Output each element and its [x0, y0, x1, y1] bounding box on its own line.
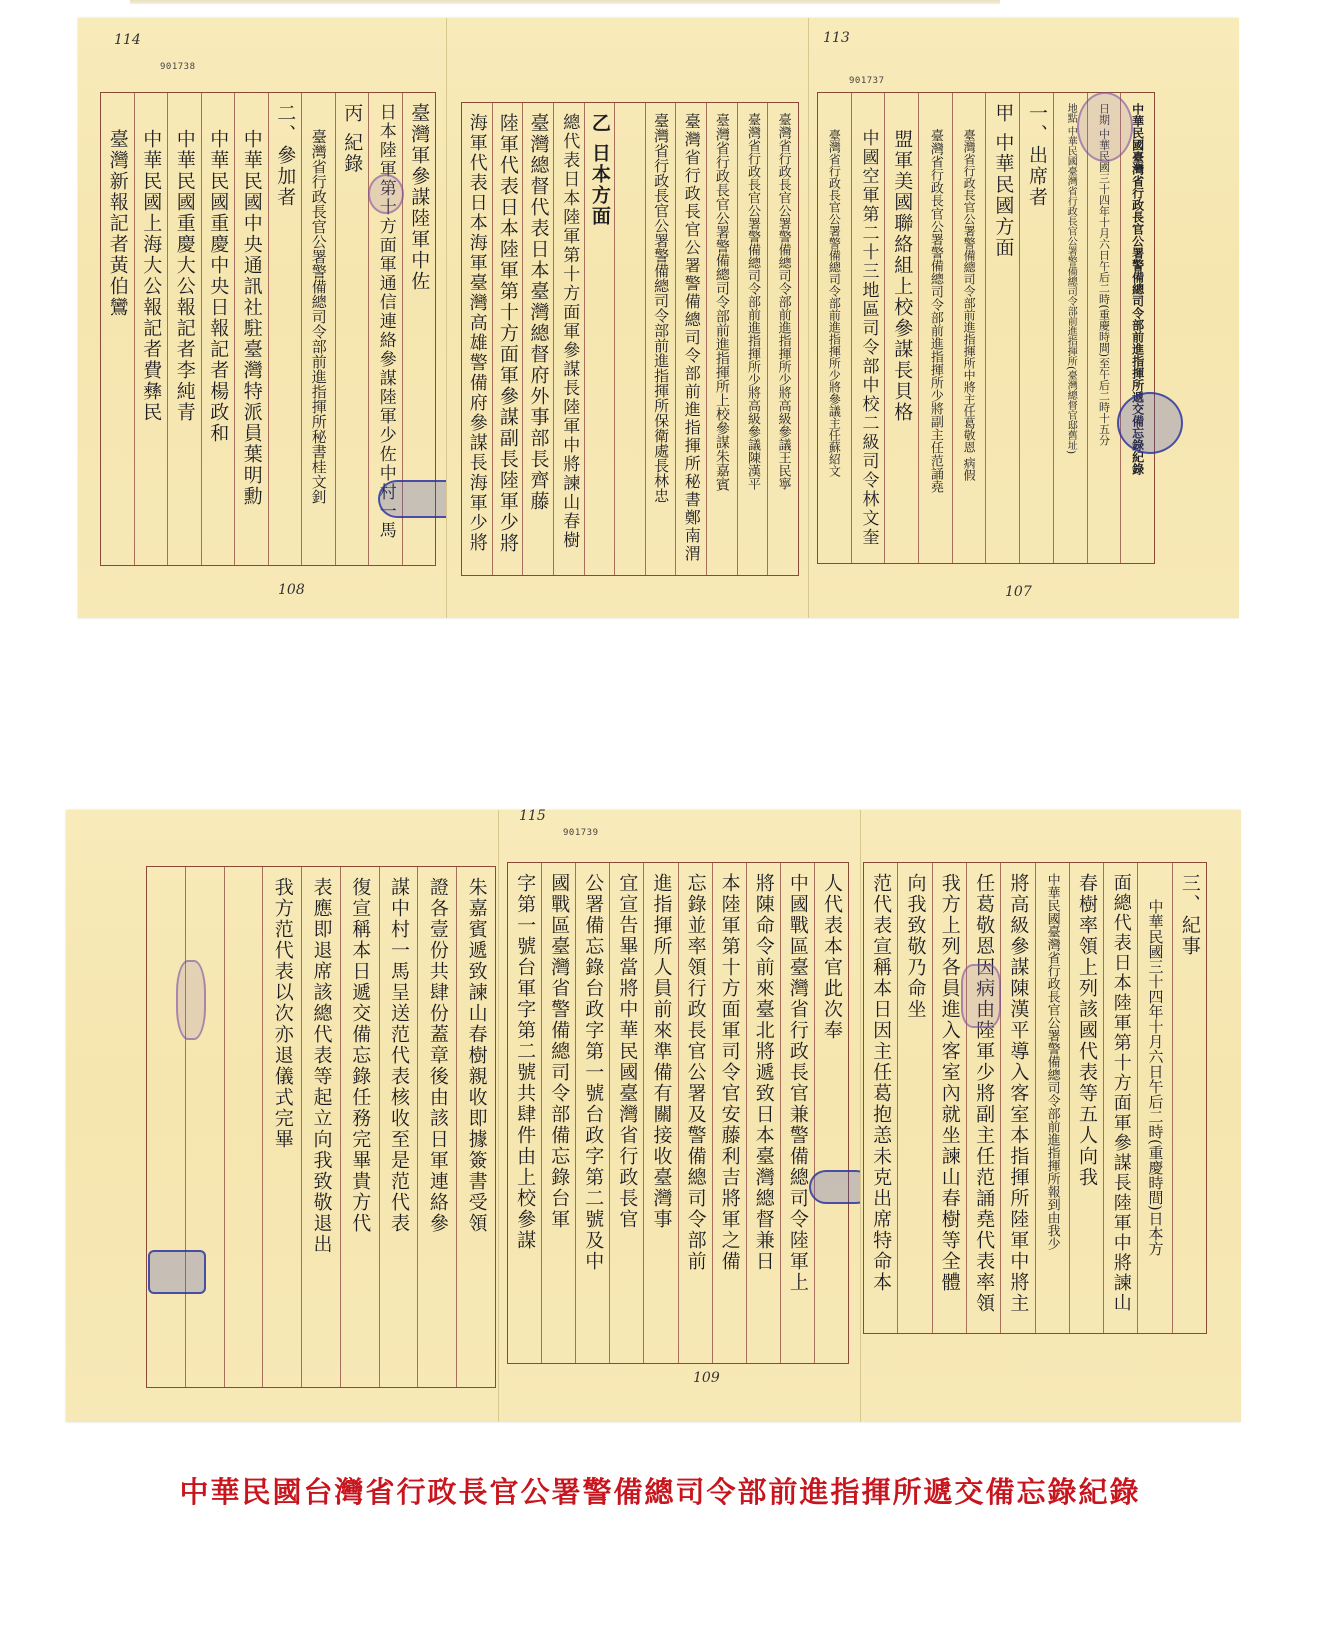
top-left-sheet: 114 901738 臺灣軍參謀陸軍中佐日本陸軍第十方面軍通信連絡參謀陸軍少佐中… — [78, 18, 446, 618]
column-text: 證各壹份共肆份蓋章後由該日軍連絡參 — [428, 877, 447, 1387]
ruled-frame: 人代表本官此次奉中國戰區臺灣省行政長官兼警備總司令陸軍上將陳命令前來臺北將遞致日… — [507, 862, 849, 1364]
text-column: 宜宣告畢當將中華民國臺灣省行政長官 — [609, 863, 643, 1363]
ruled-frame: 朱嘉賓遞致諫山春樹親收即據簽書受領證各壹份共肆份蓋章後由該日軍連絡參謀中村一馬呈… — [146, 866, 496, 1388]
text-column: 中華民國臺灣省行政長官公署警備總司令部前進指揮所遞交備忘錄紀錄 — [1120, 93, 1154, 563]
text-column: 字第一號台軍字第二號共肆件由上校參謀 — [508, 863, 541, 1363]
column-text: 公署備忘錄台政字第一號台政字第二號及中 — [583, 873, 602, 1363]
column-text: 臺灣省行政長官公署警備總司令部前進指揮所少將高級參議王民寧 — [777, 113, 790, 575]
column-text: 忘錄並率領行政長官公署及警備總司令部前 — [686, 873, 705, 1363]
text-column: 本陸軍第十方面軍司令官安藤利吉將軍之備 — [712, 863, 746, 1363]
column-text: 中華民國臺灣省行政長官公署警備總司令部前進指揮所遞交備忘錄紀錄 — [1132, 103, 1144, 563]
text-column: 人代表本官此次奉 — [814, 863, 848, 1363]
column-text: 進指揮所人員前來準備有關接收臺灣事 — [651, 873, 670, 1363]
bottom-right-sheet: 三、紀事中華民國三十四年十月六日午后二時(重慶時間)日本方面總代表日本陸軍第十方… — [860, 810, 1241, 1422]
bottom-left-sheet: 朱嘉賓遞致諫山春樹親收即據簽書受領證各壹份共肆份蓋章後由該日軍連絡參謀中村一馬呈… — [66, 810, 498, 1422]
blue-stamp — [148, 1250, 206, 1294]
text-column: 臺灣省行政長官公署警備總司令部前進指揮所少將參議主任蘇紹文 — [818, 93, 851, 563]
top-middle-sheet: 臺灣省行政長官公署警備總司令部前進指揮所少將高級參議王民寧臺灣省行政長官公署警備… — [446, 18, 809, 618]
seal-stamp — [368, 174, 404, 214]
text-column: 朱嘉賓遞致諫山春樹親收即據簽書受領 — [456, 867, 495, 1387]
column-text: 人代表本官此次奉 — [822, 873, 841, 1363]
column-text: 臺灣省行政長官公署警備總司令部前進指揮所秘書桂文釗 — [311, 103, 326, 565]
ruled-frame: 中華民國臺灣省行政長官公署警備總司令部前進指揮所遞交備忘錄紀錄日期 中華民國三十… — [817, 92, 1155, 564]
text-column: 春樹率領上列該國代表等五人向我 — [1069, 863, 1103, 1333]
column-text: 二、參加者 — [275, 103, 294, 565]
folio-number: 115 — [519, 808, 546, 824]
page-number: 108 — [278, 582, 305, 598]
column-text: 臺灣新報記者黃伯鸞 — [108, 103, 127, 565]
text-column: 臺灣省行政長官公署警備總司令部前進指揮所少將高級參議王民寧 — [767, 103, 798, 575]
column-text: 向我致敬乃命坐 — [905, 873, 924, 1333]
text-column: 將陳命令前來臺北將遞致日本臺灣總督兼日 — [746, 863, 780, 1363]
document-caption: 中華民國台灣省行政長官公署警備總司令部前進指揮所遞交備忘錄紀錄 — [0, 1470, 1320, 1511]
text-column: 陸軍代表日本陸軍第十方面軍參謀副長陸軍少將 — [492, 103, 523, 575]
column-text: 春樹率領上列該國代表等五人向我 — [1077, 873, 1096, 1333]
text-column: 海軍代表日本海軍臺灣高雄警備府參謀長海軍少將 — [462, 103, 492, 575]
column-text: 中華民國上海大公報記者費彝民 — [141, 103, 160, 565]
serial-number: 901738 — [160, 62, 196, 72]
column-text: 中華民國重慶中央日報記者楊政和 — [208, 103, 227, 565]
column-text: 甲 中華民國方面 — [993, 103, 1012, 563]
column-text: 臺灣省行政長官公署警備總司令部前進指揮所秘書鄭南渭 — [683, 113, 699, 575]
text-column: 地點 中華民國臺灣省行政長官公署警備總司令部前進指揮所(臺灣總督官邸舊址) — [1053, 93, 1087, 563]
text-column — [614, 103, 645, 575]
text-column: 日期 中華民國三十四年十月六日午后二時(重慶時間)至午后二時十五分 — [1087, 93, 1121, 563]
column-text: 三、紀事 — [1180, 873, 1199, 1333]
text-column: 臺灣省行政長官公署警備總司令部前進指揮所秘書鄭南渭 — [675, 103, 706, 575]
column-text: 我方上列各員進入客室內就坐諫山春樹等全體 — [940, 873, 959, 1333]
column-text: 將陳命令前來臺北將遞致日本臺灣總督兼日 — [754, 873, 773, 1363]
seal-stamp — [961, 964, 1001, 1028]
page-number: 109 — [693, 1370, 720, 1386]
text-column: 進指揮所人員前來準備有關接收臺灣事 — [643, 863, 677, 1363]
text-column: 將高級參謀陳漢平導入客室本指揮所陸軍中將主 — [1000, 863, 1034, 1333]
text-column: 忘錄並率領行政長官公署及警備總司令部前 — [678, 863, 712, 1363]
page-number: 107 — [1005, 584, 1032, 600]
column-text: 一、出席者 — [1027, 103, 1046, 563]
text-column — [224, 867, 263, 1387]
column-text: 字第一號台軍字第二號共肆件由上校參謀 — [515, 873, 534, 1363]
column-text: 我方范代表以次亦退儀式完畢 — [273, 877, 292, 1387]
top-right-sheet: 113 901737 中華民國臺灣省行政長官公署警備總司令部前進指揮所遞交備忘錄… — [808, 18, 1239, 618]
column-text: 朱嘉賓遞致諫山春樹親收即據簽書受領 — [467, 877, 486, 1387]
text-column — [185, 867, 224, 1387]
column-text: 地點 中華民國臺灣省行政長官公署警備總司令部前進指揮所(臺灣總督官邸舊址) — [1065, 103, 1075, 563]
column-text: 中華民國臺灣省行政長官公署警備總司令部前進指揮所報到由我少 — [1046, 873, 1059, 1333]
text-column — [147, 867, 185, 1387]
column-text: 中華民國中央通訊社駐臺灣特派員葉明勳 — [242, 103, 261, 565]
text-column: 中華民國中央通訊社駐臺灣特派員葉明勳 — [234, 93, 268, 565]
text-column: 復宣稱本日遞交備忘錄任務完畢貴方代 — [340, 867, 379, 1387]
text-column: 臺灣省行政長官公署警備總司令部前進指揮所少將高級參議陳漢平 — [737, 103, 768, 575]
text-column: 臺灣省行政長官公署警備總司令部前進指揮所秘書桂文釗 — [301, 93, 335, 565]
text-column: 一、出席者 — [1019, 93, 1053, 563]
serial-number: 901737 — [849, 76, 885, 86]
column-text: 中華民國重慶大公報記者李純青 — [175, 103, 194, 565]
column-text: 臺灣省行政長官公署警備總司令部前進指揮所少將參議主任蘇紹文 — [828, 103, 840, 563]
column-text: 臺灣省行政長官公署警備總司令部前進指揮所少將高級參議陳漢平 — [746, 113, 759, 575]
text-column: 三、紀事 — [1172, 863, 1206, 1333]
text-column: 公署備忘錄台政字第一號台政字第二號及中 — [575, 863, 609, 1363]
column-text: 總代表日本陸軍第十方面軍參謀長陸軍中將諫山春樹 — [560, 113, 577, 575]
text-column: 盟軍美國聯絡組上校參謀長貝格 — [884, 93, 918, 563]
text-column: 臺灣省行政長官公署警備總司令部前進指揮所少將副主任范誦堯 — [918, 93, 952, 563]
column-text: 中國戰區臺灣省行政長官兼警備總司令陸軍上 — [788, 873, 807, 1363]
text-column: 我方范代表以次亦退儀式完畢 — [262, 867, 301, 1387]
seal-stamp — [176, 960, 206, 1040]
bottom-middle-sheet: 115 901739 人代表本官此次奉中國戰區臺灣省行政長官兼警備總司令陸軍上將… — [498, 810, 861, 1422]
column-text: 臺灣省行政長官公署警備總司令部前進指揮所保衛處長林忠 — [653, 113, 668, 575]
text-column: 向我致敬乃命坐 — [897, 863, 931, 1333]
text-column: 中國戰區臺灣省行政長官兼警備總司令陸軍上 — [780, 863, 814, 1363]
bottom-scan: 朱嘉賓遞致諫山春樹親收即據簽書受領證各壹份共肆份蓋章後由該日軍連絡參謀中村一馬呈… — [66, 810, 1240, 1422]
column-text: 海軍代表日本海軍臺灣高雄警備府參謀長海軍少將 — [468, 113, 486, 575]
column-text: 范代表宣稱本日因主任葛抱恙未克出席特命本 — [871, 873, 890, 1333]
top-scan: 114 901738 臺灣軍參謀陸軍中佐日本陸軍第十方面軍通信連絡參謀陸軍少佐中… — [78, 18, 1238, 618]
text-column: 二、參加者 — [268, 93, 302, 565]
column-text: 日期 中華民國三十四年十月六日午后二時(重慶時間)至午后二時十五分 — [1098, 103, 1109, 563]
text-column: 臺灣省行政長官公署警備總司令部前進指揮所上校參謀朱嘉賓 — [706, 103, 737, 575]
top-edge-strip — [130, 0, 1000, 4]
text-column: 臺灣省行政長官公署警備總司令部前進指揮所保衛處長林忠 — [645, 103, 676, 575]
ruled-frame: 臺灣省行政長官公署警備總司令部前進指揮所少將高級參議王民寧臺灣省行政長官公署警備… — [461, 102, 799, 576]
ruled-frame: 三、紀事中華民國三十四年十月六日午后二時(重慶時間)日本方面總代表日本陸軍第十方… — [863, 862, 1207, 1334]
text-column: 證各壹份共肆份蓋章後由該日軍連絡參 — [417, 867, 456, 1387]
column-text: 中華民國三十四年十月六日午后二時(重慶時間)日本方 — [1148, 873, 1163, 1333]
text-column: 臺灣新報記者黃伯鸞 — [101, 93, 134, 565]
text-column: 我方上列各員進入客室內就坐諫山春樹等全體 — [932, 863, 966, 1333]
text-column: 任葛敬恩因病由陸軍少將副主任范誦堯代表率領 — [966, 863, 1000, 1333]
column-text: 任葛敬恩因病由陸軍少將副主任范誦堯代表率領 — [974, 873, 993, 1333]
column-text: 陸軍代表日本陸軍第十方面軍參謀副長陸軍少將 — [498, 113, 517, 575]
column-text: 國戰區臺灣省警備總司令部備忘錄台軍 — [549, 873, 568, 1363]
folio-number: 114 — [114, 32, 141, 48]
text-column: 中華民國上海大公報記者費彝民 — [134, 93, 168, 565]
text-column: 臺灣省行政長官公署警備總司令部前進指揮所中將主任葛敬恩 病假 — [952, 93, 986, 563]
text-column: 中華民國臺灣省行政長官公署警備總司令部前進指揮所報到由我少 — [1035, 863, 1069, 1333]
column-text: 盟軍美國聯絡組上校參謀長貝格 — [892, 103, 911, 563]
serial-number: 901739 — [563, 828, 599, 838]
text-column: 中國空軍第二十三地區司令部中校二級司令林文奎 — [851, 93, 885, 563]
column-text: 復宣稱本日遞交備忘錄任務完畢貴方代 — [350, 877, 369, 1387]
text-column: 丙 紀錄 — [335, 93, 369, 565]
column-text: 臺灣總督代表日本臺灣總督府外事部長齊藤 — [529, 113, 548, 575]
column-text: 臺灣省行政長官公署警備總司令部前進指揮所上校參謀朱嘉賓 — [715, 113, 729, 575]
column-text: 臺灣省行政長官公署警備總司令部前進指揮所少將副主任范誦堯 — [929, 103, 942, 563]
column-text: 表應即退席該總代表等起立向我致敬退出 — [311, 877, 330, 1387]
text-column: 范代表宣稱本日因主任葛抱恙未克出席特命本 — [864, 863, 897, 1333]
text-column: 中華民國重慶大公報記者李純青 — [167, 93, 201, 565]
column-text: 乙 日本方面 — [590, 113, 609, 575]
column-text: 面總代表日本陸軍第十方面軍參謀長陸軍中將諫山 — [1112, 873, 1130, 1333]
text-column: 表應即退席該總代表等起立向我致敬退出 — [301, 867, 340, 1387]
folio-number: 113 — [823, 30, 850, 46]
text-column: 乙 日本方面 — [584, 103, 615, 575]
seal-stamp — [1077, 92, 1133, 162]
text-column: 甲 中華民國方面 — [985, 93, 1019, 563]
column-text: 中國空軍第二十三地區司令部中校二級司令林文奎 — [860, 103, 877, 563]
blue-stamp — [1117, 392, 1183, 454]
column-text: 本陸軍第十方面軍司令官安藤利吉將軍之備 — [720, 873, 739, 1363]
text-column: 國戰區臺灣省警備總司令部備忘錄台軍 — [541, 863, 575, 1363]
text-column: 總代表日本陸軍第十方面軍參謀長陸軍中將諫山春樹 — [553, 103, 584, 575]
text-column: 面總代表日本陸軍第十方面軍參謀長陸軍中將諫山 — [1103, 863, 1137, 1333]
column-text: 宜宣告畢當將中華民國臺灣省行政長官 — [617, 873, 636, 1363]
text-column: 中華民國重慶中央日報記者楊政和 — [201, 93, 235, 565]
column-text: 丙 紀錄 — [342, 103, 361, 565]
text-column: 中華民國三十四年十月六日午后二時(重慶時間)日本方 — [1137, 863, 1171, 1333]
text-column: 謀中村一馬呈送范代表核收至是范代表 — [379, 867, 418, 1387]
text-column: 臺灣總督代表日本臺灣總督府外事部長齊藤 — [522, 103, 553, 575]
column-text: 將高級參謀陳漢平導入客室本指揮所陸軍中將主 — [1008, 873, 1027, 1333]
column-text: 謀中村一馬呈送范代表核收至是范代表 — [389, 877, 408, 1387]
column-text: 臺灣省行政長官公署警備總司令部前進指揮所中將主任葛敬恩 病假 — [963, 103, 975, 563]
